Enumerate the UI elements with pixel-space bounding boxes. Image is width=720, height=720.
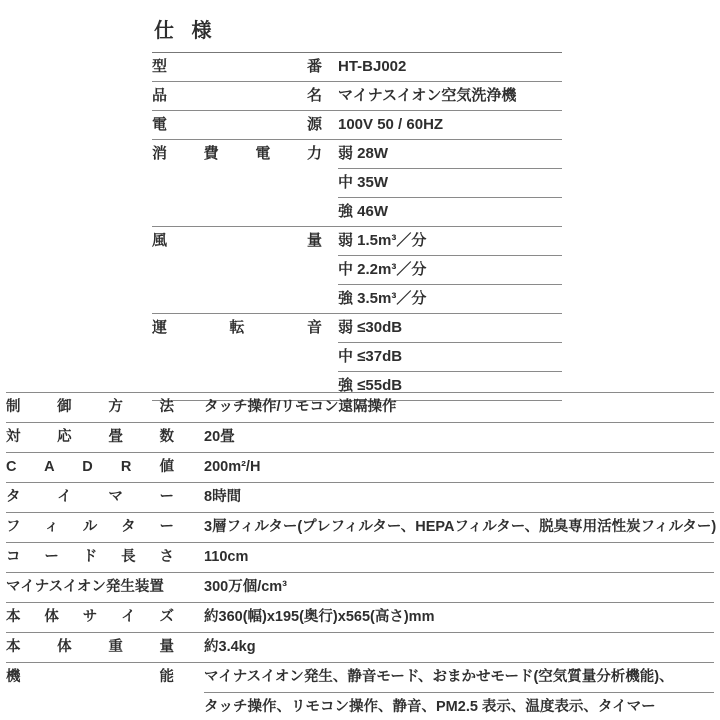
spec-value: 約3.4kg (204, 633, 714, 662)
spec-row-ion-generator: マイナスイオン発生装置 300万個/cm³ (6, 573, 714, 603)
spec-sheet-page: 仕 様 型 番 HT-BJ002 品 名 マイナスイオン空気洗浄機 電 源 10… (0, 0, 720, 720)
spec-row-power-source: 電 源 100V 50 / 60HZ (152, 111, 562, 140)
spec-label: 本 体 重 量 (6, 633, 174, 662)
spec-value: 100V 50 / 60HZ (338, 111, 562, 139)
spec-value-weak: 弱 1.5m³／分 (338, 227, 562, 256)
spec-table-bottom: 制 御 方 法 タッチ操作/リモコン遠隔操作 対 応 畳 数 20畳 C A D… (6, 392, 714, 720)
spec-value-mid: 中 2.2m³／分 (338, 256, 562, 285)
spec-label: フ ィ ル タ ー (6, 513, 174, 542)
spec-value-mid: 中 35W (338, 169, 562, 198)
spec-label: 電 源 (152, 111, 322, 139)
spec-label: 運 転 音 (152, 314, 322, 342)
spec-value-stack: 弱 ≤30dB 中 ≤37dB 強 ≤55dB (338, 314, 562, 400)
spec-value-weak: 弱 28W (338, 140, 562, 169)
spec-row-timer: タ イ マ ー 8時間 (6, 483, 714, 513)
spec-label: 風 量 (152, 227, 322, 255)
spec-row-air-volume: 風 量 弱 1.5m³／分 中 2.2m³／分 強 3.5m³／分 (152, 227, 562, 314)
spec-value: HT-BJ002 (338, 53, 562, 81)
spec-value: 3層フィルター(プレフィルター、HEPAフィルター、脱臭専用活性炭フィルター) (204, 513, 716, 542)
spec-value: 300万個/cm³ (204, 573, 714, 602)
spec-value-weak: 弱 ≤30dB (338, 314, 562, 343)
spec-row-operating-noise: 運 転 音 弱 ≤30dB 中 ≤37dB 強 ≤55dB (152, 314, 562, 401)
spec-value-strong: 強 3.5m³／分 (338, 285, 562, 313)
spec-label: タ イ マ ー (6, 483, 174, 512)
spec-label: 機 能 (6, 663, 174, 692)
spec-value: 8時間 (204, 483, 714, 512)
spec-value-stack: 弱 1.5m³／分 中 2.2m³／分 強 3.5m³／分 (338, 227, 562, 313)
spec-label: コ ー ド 長 さ (6, 543, 174, 572)
spec-label: 制 御 方 法 (6, 393, 174, 422)
spec-row-cadr: C A D R 値 200m²/H (6, 453, 714, 483)
spec-value-stack: 弱 28W 中 35W 強 46W (338, 140, 562, 226)
spec-row-tatami-coverage: 対 応 畳 数 20畳 (6, 423, 714, 453)
spec-row-product-name: 品 名 マイナスイオン空気洗浄機 (152, 82, 562, 111)
spec-row-body-size: 本 体 サ イ ズ 約360(幅)x195(奥行)x565(高さ)mm (6, 603, 714, 633)
spec-row-cord-length: コ ー ド 長 さ 110cm (6, 543, 714, 573)
spec-row-control-method: 制 御 方 法 タッチ操作/リモコン遠隔操作 (6, 393, 714, 423)
spec-row-functions: 機 能 マイナスイオン発生、静音モード、おまかせモード(空気質量分析機能)、 タ… (6, 663, 714, 720)
spec-label: 型 番 (152, 53, 322, 81)
spec-row-filter: フ ィ ル タ ー 3層フィルター(プレフィルター、HEPAフィルター、脱臭専用… (6, 513, 714, 543)
spec-value-strong: 強 46W (338, 198, 562, 226)
page-title: 仕 様 (152, 10, 562, 53)
spec-value-line-2: タッチ操作、リモコン操作、静音、PM2.5 表示、温度表示、タイマー (204, 693, 714, 720)
spec-value: 200m²/H (204, 453, 714, 482)
spec-label: C A D R 値 (6, 453, 174, 482)
spec-label: 消 費 電 力 (152, 140, 322, 168)
spec-value: タッチ操作/リモコン遠隔操作 (204, 393, 714, 422)
spec-value-line-1: マイナスイオン発生、静音モード、おまかせモード(空気質量分析機能)、 (204, 663, 714, 693)
spec-label: 対 応 畳 数 (6, 423, 174, 452)
spec-row-model: 型 番 HT-BJ002 (152, 53, 562, 82)
spec-value: 約360(幅)x195(奥行)x565(高さ)mm (204, 603, 714, 632)
spec-row-body-weight: 本 体 重 量 約3.4kg (6, 633, 714, 663)
spec-value-mid: 中 ≤37dB (338, 343, 562, 372)
spec-row-power-consumption: 消 費 電 力 弱 28W 中 35W 強 46W (152, 140, 562, 227)
spec-value: 110cm (204, 543, 714, 572)
spec-label: マイナスイオン発生装置 (6, 573, 174, 602)
spec-value: マイナスイオン空気洗浄機 (338, 82, 562, 110)
spec-label: 品 名 (152, 82, 322, 110)
spec-value-stack: マイナスイオン発生、静音モード、おまかせモード(空気質量分析機能)、 タッチ操作… (204, 663, 714, 720)
spec-table-top: 仕 様 型 番 HT-BJ002 品 名 マイナスイオン空気洗浄機 電 源 10… (152, 10, 562, 401)
spec-label: 本 体 サ イ ズ (6, 603, 174, 632)
spec-value: 20畳 (204, 423, 714, 452)
